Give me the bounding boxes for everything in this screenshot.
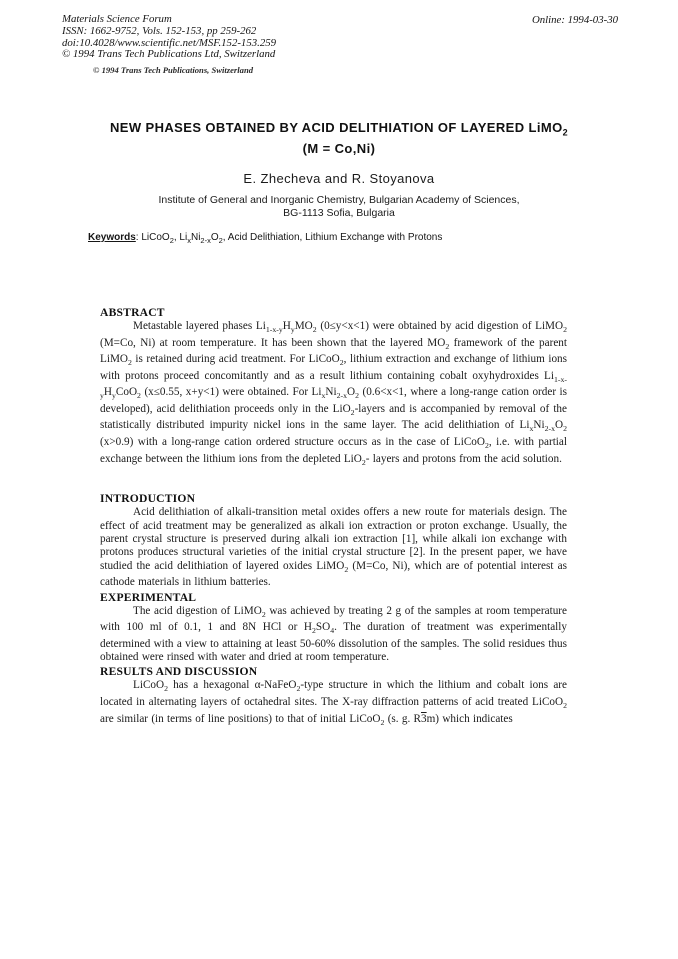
keywords-list: : LiCoO2, LixNi2-xO2, Acid Delithiation,… <box>136 232 443 243</box>
online-date: Online: 1994-03-30 <box>532 14 618 26</box>
affiliation-line1: Institute of General and Inorganic Chemi… <box>158 194 519 206</box>
issn-line: ISSN: 1662-9752, Vols. 152-153, pp 259-2… <box>62 26 618 38</box>
paper-title-line1: NEW PHASES OBTAINED BY ACID DELITHIATION… <box>110 120 568 135</box>
copyright-line: © 1994 Trans Tech Publications Ltd, Swit… <box>62 49 618 61</box>
section-heading-results: RESULTS AND DISCUSSION <box>100 665 567 679</box>
keywords-label: Keywords <box>88 232 136 243</box>
section-heading-abstract: ABSTRACT <box>100 306 567 320</box>
section-heading-experimental: EXPERIMENTAL <box>100 591 567 605</box>
paper-title-line2: (M = Co,Ni) <box>303 141 376 156</box>
affiliation: Institute of General and Inorganic Chemi… <box>0 194 678 220</box>
paper-body: ABSTRACT Metastable layered phases Li1-x… <box>100 306 567 729</box>
section-body-abstract: Metastable layered phases Li1-x-yHyMO2 (… <box>100 320 567 469</box>
authors-line: E. Zhecheva and R. Stoyanova <box>0 171 678 186</box>
copyright-stamp: © 1994 Trans Tech Publications, Switzerl… <box>93 65 253 75</box>
section-body-results: LiCoO2 has a hexagonal α-NaFeO2-type str… <box>100 679 567 729</box>
affiliation-line2: BG-1113 Sofia, Bulgaria <box>283 207 395 219</box>
paper-page: Materials Science Forum ISSN: 1662-9752,… <box>0 0 678 959</box>
section-body-introduction: Acid delithiation of alkali-transition m… <box>100 506 567 589</box>
paper-title: NEW PHASES OBTAINED BY ACID DELITHIATION… <box>0 120 678 158</box>
keywords-line: Keywords: LiCoO2, LixNi2-xO2, Acid Delit… <box>88 232 588 245</box>
title-block: NEW PHASES OBTAINED BY ACID DELITHIATION… <box>0 120 678 220</box>
section-heading-introduction: INTRODUCTION <box>100 492 567 506</box>
section-body-experimental: The acid digestion of LiMO2 was achieved… <box>100 605 567 665</box>
